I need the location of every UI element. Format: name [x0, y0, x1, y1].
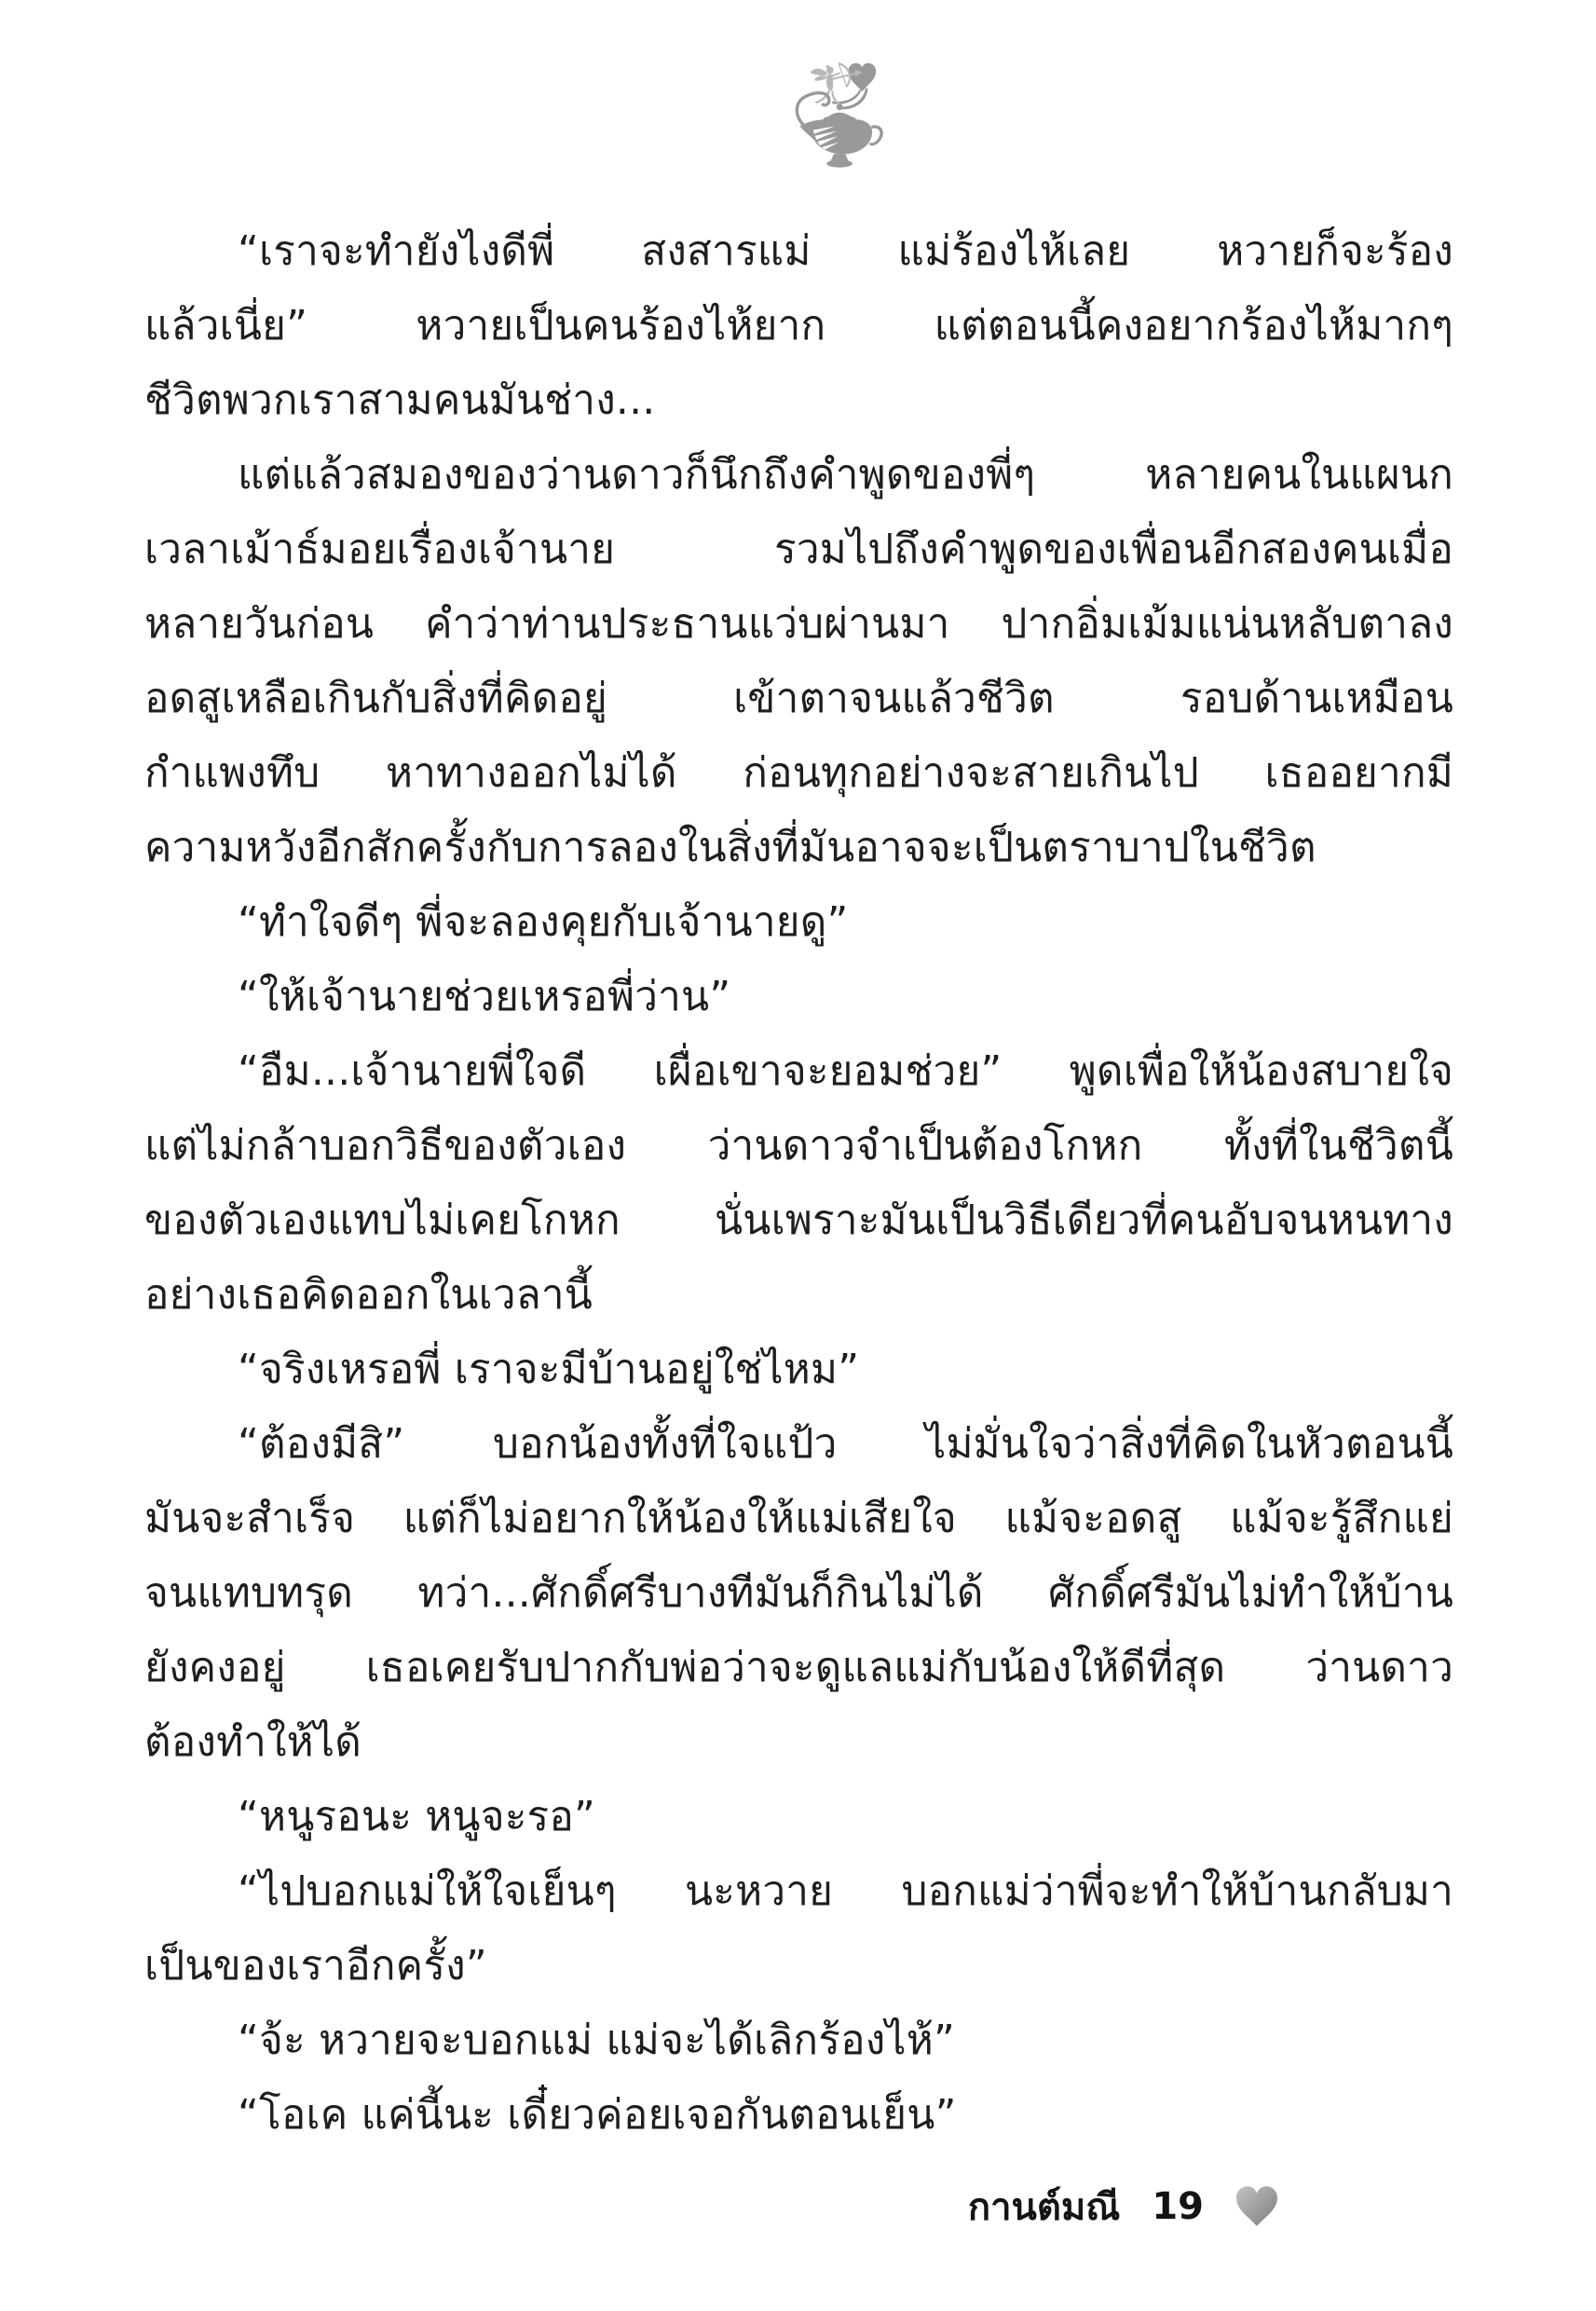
text-line: ของตัวเองแทบไม่เคยโกหก นั่นเพราะมันเป็นว…	[144, 1183, 1453, 1258]
text-line: แต่แล้วสมองของว่านดาวก็นึกถึงคำพูดของพี่…	[144, 438, 1453, 513]
page-number: 19	[1152, 2185, 1204, 2228]
text-line: หลายวันก่อน คำว่าท่านประธานแว่บผ่านมา ปา…	[144, 587, 1453, 662]
heart-icon	[1235, 2186, 1278, 2227]
text-line: ความหวังอีกสักครั้งกับการลองในสิ่งที่มัน…	[144, 811, 1453, 885]
text-line: มันจะสำเร็จ แต่ก็ไม่อยากให้น้องให้แม่เสี…	[144, 1482, 1453, 1556]
text-line: “โอเค แค่นี้นะ เดี๋ยวค่อยเจอกันตอนเย็น”	[144, 2078, 1453, 2153]
book-title: กานต์มณี	[968, 2177, 1120, 2236]
text-line: เป็นของเราอีกครั้ง”	[144, 1929, 1453, 2003]
text-line: “จ้ะ หวายจะบอกแม่ แม่จะได้เลิกร้องไห้”	[144, 2003, 1453, 2078]
text-line: “หนูรอนะ หนูจะรอ”	[144, 1780, 1453, 1854]
text-line: “ต้องมีสิ” บอกน้องทั้งที่ใจแป้ว ไม่มั่นใ…	[144, 1407, 1453, 1482]
text-line: ชีวิตพวกเราสามคนมันช่าง...	[144, 363, 1453, 438]
genie-lamp-icon	[785, 54, 886, 170]
text-line: ยังคงอยู่ เธอเคยรับปากกับพ่อว่าจะดูแลแม่…	[144, 1631, 1453, 1705]
text-line: แต่ไม่กล้าบอกวิธีของตัวเอง ว่านดาวจำเป็น…	[144, 1109, 1453, 1183]
text-line: “ไปบอกแม่ให้ใจเย็นๆ นะหวาย บอกแม่ว่าพี่จ…	[144, 1854, 1453, 1929]
text-line: “จริงเหรอพี่ เราจะมีบ้านอยู่ใช่ไหม”	[144, 1333, 1453, 1407]
text-line: เวลาเม้าธ์มอยเรื่องเจ้านาย รวมไปถึงคำพูด…	[144, 513, 1453, 587]
page-footer: กานต์มณี 19	[968, 2179, 1278, 2235]
page-body: “เราจะทำยังไงดีพี่ สงสารแม่ แม่ร้องไห้เล…	[144, 214, 1453, 2153]
text-line: กำแพงทึบ หาทางออกไม่ได้ ก่อนทุกอย่างจะสา…	[144, 736, 1453, 811]
text-line: แล้วเนี่ย” หวายเป็นคนร้องไห้ยาก แต่ตอนนี…	[144, 289, 1453, 363]
text-line: “ทำใจดีๆ พี่จะลองคุยกับเจ้านายดู”	[144, 885, 1453, 960]
book-page: “เราจะทำยังไงดีพี่ สงสารแม่ แม่ร้องไห้เล…	[0, 0, 1596, 2311]
text-line: “อืม...เจ้านายพี่ใจดี เผื่อเขาจะยอมช่วย”…	[144, 1034, 1453, 1109]
lamp-cupid-ornament	[785, 54, 886, 170]
text-line: ต้องทำให้ได้	[144, 1705, 1453, 1780]
text-line: อดสูเหลือเกินกับสิ่งที่คิดอยู่ เข้าตาจนแ…	[144, 662, 1453, 736]
text-line: “เราจะทำยังไงดีพี่ สงสารแม่ แม่ร้องไห้เล…	[144, 214, 1453, 289]
lamp-body	[799, 104, 882, 168]
text-line: อย่างเธอคิดออกในเวลานี้	[144, 1258, 1453, 1333]
text-line: “ให้เจ้านายช่วยเหรอพี่ว่าน”	[144, 960, 1453, 1034]
text-line: จนแทบทรุด ทว่า...ศักดิ์ศรีบางทีมันก็กินไ…	[144, 1556, 1453, 1631]
